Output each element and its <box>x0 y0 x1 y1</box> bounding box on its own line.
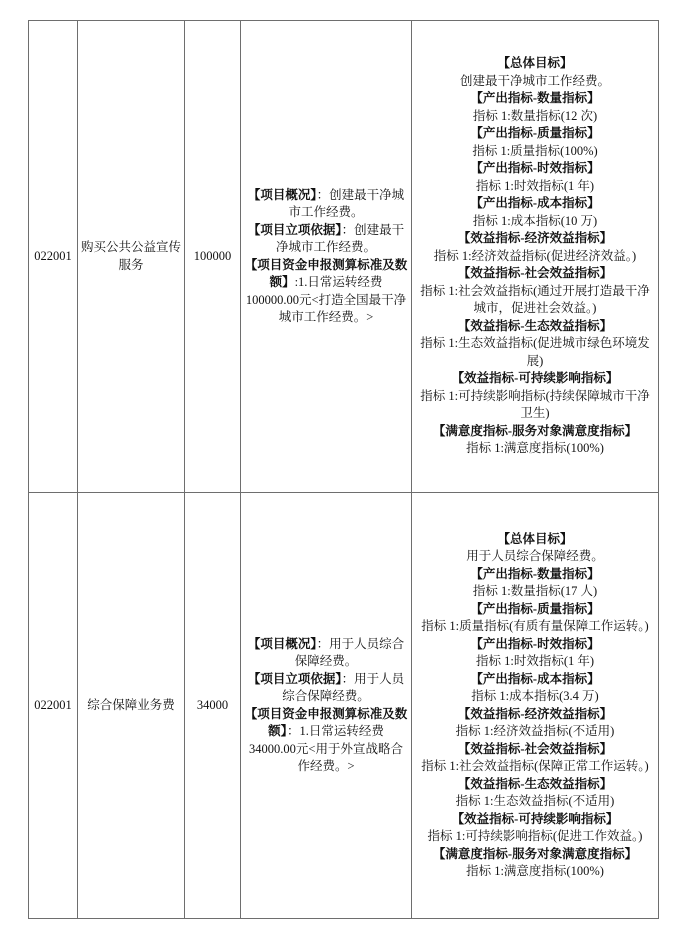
project-indicators: 【总体目标】用于人员综合保障经费。【产出指标-数量指标】指标 1:数量指标(17… <box>412 493 659 919</box>
budget-document-page: 022001 购买公共公益宣传服务 100000 【项目概况】：创建最干净城市工… <box>0 0 695 940</box>
project-indicators: 【总体目标】创建最干净城市工作经费。【产出指标-数量指标】指标 1:数量指标(1… <box>412 21 659 493</box>
project-amount: 34000 <box>185 493 241 919</box>
table-row: 022001 综合保障业务费 34000 【项目概况】：用于人员综合保障经费。【… <box>29 493 659 919</box>
table-row: 022001 购买公共公益宣传服务 100000 【项目概况】：创建最干净城市工… <box>29 21 659 493</box>
project-overview: 【项目概况】：用于人员综合保障经费。【项目立项依据】：用于人员综合保障经费。【项… <box>241 493 412 919</box>
project-budget-table: 022001 购买公共公益宣传服务 100000 【项目概况】：创建最干净城市工… <box>28 20 659 919</box>
project-code: 022001 <box>29 493 78 919</box>
project-amount: 100000 <box>185 21 241 493</box>
project-overview: 【项目概况】：创建最干净城市工作经费。【项目立项依据】：创建最干净城市工作经费。… <box>241 21 412 493</box>
project-name: 综合保障业务费 <box>78 493 185 919</box>
project-name: 购买公共公益宣传服务 <box>78 21 185 493</box>
project-code: 022001 <box>29 21 78 493</box>
